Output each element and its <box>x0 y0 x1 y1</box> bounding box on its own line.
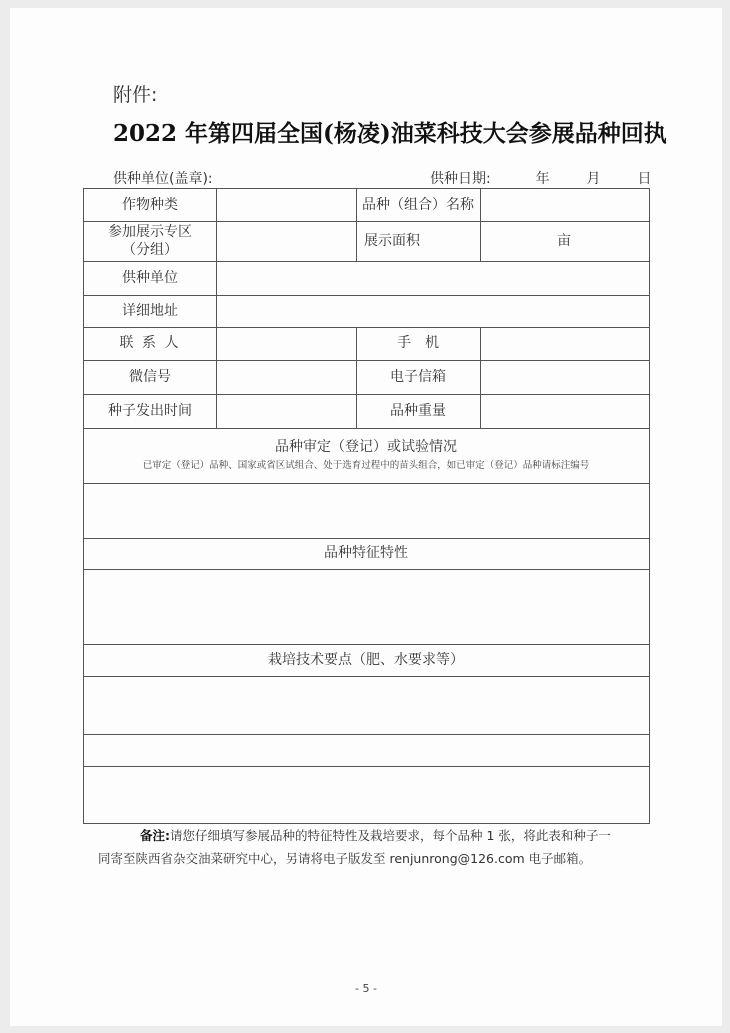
month-label: 月 <box>587 168 601 188</box>
row-divider <box>84 569 649 570</box>
variety-name-field[interactable] <box>482 191 646 220</box>
contact-field[interactable] <box>218 329 354 359</box>
supplier-unit-field[interactable] <box>218 263 646 294</box>
traits-field[interactable] <box>86 571 646 643</box>
crop-type-field[interactable] <box>218 191 354 220</box>
row-divider <box>84 676 649 677</box>
approval-field[interactable] <box>86 485 646 537</box>
label-supplier-unit: 供种单位 <box>84 261 216 295</box>
note-line-1: 备注:请您仔细填写参展品种的特征特性及栽培要求，每个品种 1 张，将此表和种子一 <box>98 826 611 844</box>
note-text-1: 请您仔细填写参展品种的特征特性及栽培要求，每个品种 1 张，将此表和种子一 <box>170 828 611 843</box>
label-crop-type: 作物种类 <box>84 189 216 221</box>
label-exhibition-zone-line2: （分组） <box>122 241 178 259</box>
cultivation-section-header: 栽培技术要点（肥、水要求等） <box>84 644 648 676</box>
area-unit-mu: 亩 <box>557 232 571 250</box>
cultivation-field-2[interactable] <box>86 736 646 765</box>
day-label: 日 <box>637 168 651 188</box>
address-field[interactable] <box>218 297 646 326</box>
cultivation-field-3[interactable] <box>86 768 646 822</box>
variety-weight-field[interactable] <box>482 396 646 427</box>
supplier-unit-label: 供种单位(盖章): <box>113 168 213 188</box>
seed-ship-time-field[interactable] <box>218 396 354 427</box>
label-variety-weight: 品种重量 <box>356 394 480 428</box>
label-mobile: 手 机 <box>356 327 480 360</box>
note-label: 备注: <box>140 828 170 843</box>
col-divider <box>216 189 217 428</box>
traits-section-header: 品种特征特性 <box>84 538 648 569</box>
email-field[interactable] <box>482 362 646 393</box>
cultivation-field-1[interactable] <box>86 678 646 733</box>
row-divider <box>84 766 649 767</box>
col-divider <box>480 327 481 428</box>
approval-subtitle: 已审定（登记）品种、国家或省区试组合、处于选育过程中的苗头组合，如已审定（登记）… <box>143 460 590 472</box>
label-seed-ship-time: 种子发出时间 <box>84 394 216 428</box>
row-divider <box>84 734 649 735</box>
mobile-field[interactable] <box>482 329 646 359</box>
label-display-area: 展示面积 <box>356 221 480 261</box>
approval-section-header: 品种审定（登记）或试验情况 已审定（登记）品种、国家或省区试组合、处于选育过程中… <box>84 428 648 483</box>
label-exhibition-zone-line1: 参加展示专区 <box>108 223 192 241</box>
supply-date: 供种日期: 年 月 日 <box>430 168 651 188</box>
approval-title: 品种审定（登记）或试验情况 <box>275 438 457 456</box>
label-address: 详细地址 <box>84 295 216 327</box>
year-label: 年 <box>536 168 550 188</box>
label-variety-name: 品种（组合）名称 <box>356 189 480 221</box>
page-number: - 5 - <box>355 982 377 995</box>
attachment-label: 附件: <box>113 80 157 107</box>
note-line-2: 同寄至陕西省杂交油菜研究中心，另请将电子版发至 renjunrong@126.c… <box>98 849 591 867</box>
row-divider <box>84 483 649 484</box>
label-exhibition-zone: 参加展示专区 （分组） <box>84 221 216 261</box>
label-contact: 联 系 人 <box>84 327 216 360</box>
label-wechat: 微信号 <box>84 360 216 394</box>
display-area-field[interactable]: 亩 <box>480 221 648 261</box>
document-title: 2022 年第四届全国(杨凌)油菜科技大会参展品种回执 <box>113 115 667 148</box>
wechat-field[interactable] <box>218 362 354 393</box>
exhibition-zone-field[interactable] <box>218 223 354 260</box>
label-email: 电子信箱 <box>356 360 480 394</box>
supply-date-label: 供种日期: <box>430 168 491 188</box>
registration-form-table: 作物种类 品种（组合）名称 参加展示专区 （分组） 展示面积 亩 供种单位 详细… <box>83 188 650 824</box>
